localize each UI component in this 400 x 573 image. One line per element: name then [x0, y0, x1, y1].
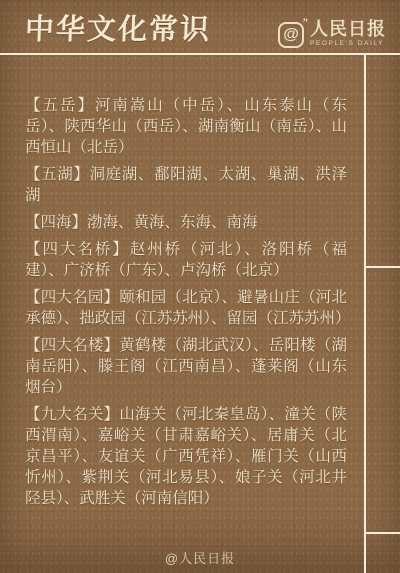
at-symbol: @ — [283, 26, 299, 44]
entry-label: 【九大名关】 — [25, 406, 119, 423]
header-divider-line — [0, 53, 400, 55]
right-strip-tick-upper — [366, 266, 400, 268]
entry-five-mountains: 【五岳】河南嵩山（中岳）、山东泰山（东岳）、陕西华山（西岳）、湖南衡山（南岳）、… — [25, 95, 347, 158]
entry-label: 【四大名楼】 — [25, 337, 119, 354]
entry-four-bridges: 【四大名桥】赵州桥（河北）、洛阳桥（福建）、广济桥（广东）、卢沟桥（北京） — [25, 239, 347, 281]
entry-nine-passes: 【九大名关】山海关（河北秦皇岛）、潼关（陕西渭南）、嘉峪关（甘肃嘉峪关）、居庸关… — [25, 404, 347, 509]
entry-label: 【五湖】 — [25, 166, 90, 183]
at-badge-icon: @ ” — [278, 22, 304, 48]
entry-four-towers: 【四大名楼】黄鹤楼（湖北武汉）、岳阳楼（湖南岳阳）、滕王阁（江西南昌）、蓬莱阁（… — [25, 335, 347, 398]
entry-four-seas: 【四海】渤海、黄海、东海、南海 — [25, 212, 347, 233]
page-title: 中华文化常识 — [24, 10, 211, 48]
entry-label: 【五岳】 — [25, 97, 95, 114]
footer-credit: @人民日报 — [0, 548, 400, 567]
quote-mark-icon: ” — [300, 17, 307, 30]
entry-label: 【四海】 — [25, 214, 87, 231]
infographic-card: { "page": { "title": "中华文化常识", "logo": {… — [0, 0, 400, 573]
brand-name-cn: 人民日报 — [310, 20, 386, 38]
header: 中华文化常识 @ ” 人民日报 PEOPLE'S DAILY — [25, 10, 386, 48]
facts-list: 【五岳】河南嵩山（中岳）、山东泰山（东岳）、陕西华山（西岳）、湖南衡山（南岳）、… — [25, 95, 347, 515]
right-strip-tick-lower — [366, 532, 400, 534]
entry-four-gardens: 【四大名园】颐和园（北京）、避暑山庄（河北承德）、拙政园（江苏苏州）、留园（江苏… — [25, 287, 347, 329]
brand-name-en: PEOPLE'S DAILY — [310, 41, 386, 48]
entry-five-lakes: 【五湖】洞庭湖、鄱阳湖、太湖、巢湖、洪泽湖 — [25, 164, 347, 206]
entry-label: 【四大名园】 — [25, 289, 119, 306]
entry-body: 渤海、黄海、东海、南海 — [87, 214, 258, 231]
entry-label: 【四大名桥】 — [25, 241, 130, 258]
right-vertical-line — [364, 53, 366, 573]
peoples-daily-logo: @ ” 人民日报 PEOPLE'S DAILY — [278, 20, 386, 48]
brand-text: 人民日报 PEOPLE'S DAILY — [310, 20, 386, 48]
